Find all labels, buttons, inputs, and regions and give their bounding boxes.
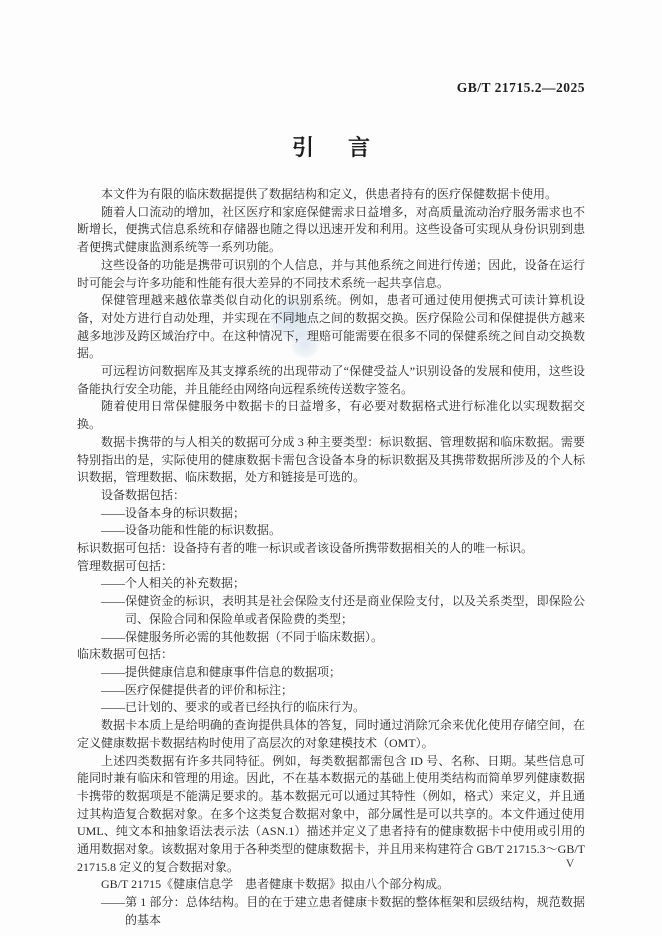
paragraph: ——已计划的、要求的或者已经执行的临床行为。 [77,699,585,717]
paragraph: 这些设备的功能是携带可识别的个人信息，并与其他系统之间进行传递；因此，设备在运行… [77,257,585,292]
paragraph: 临床数据可包括： [77,646,585,664]
paragraph: 数据卡本质上是给明确的查询提供具体的答复，同时通过消除冗余来优化使用存储空间，在… [77,717,585,752]
paragraph: 本文件为有限的临床数据提供了数据结构和定义，供患者持有的医疗保健数据卡使用。 [77,186,585,204]
standard-number: GB/T 21715.2—2025 [457,80,585,96]
body-text: 本文件为有限的临床数据提供了数据结构和定义，供患者持有的医疗保健数据卡使用。随着… [77,186,585,930]
paragraph: ——设备功能和性能的标识数据。 [77,522,585,540]
title-char-left: 引 [292,131,314,162]
page-title: 引 言 [0,131,662,162]
title-char-right: 言 [348,131,370,162]
paragraph: ——设备本身的标识数据； [77,505,585,523]
paragraph: ——个人相关的补充数据； [77,575,585,593]
paragraph: ——提供健康信息和健康事件信息的数据项； [77,664,585,682]
paragraph: ——保健资金的标识，表明其是社会保险支付还是商业保险支付，以及关系类型，即保险公… [77,593,585,628]
paragraph: 保健管理越来越依靠类似自动化的识别系统。例如，患者可通过使用便携式可读计算机设备… [77,292,585,363]
paragraph: GB/T 21715《健康信息学 患者健康卡数据》拟由八个部分构成。 [77,876,585,894]
paragraph: 随着人口流动的增加，社区医疗和家庭保健需求日益增多，对高质量流动治疗服务需求也不… [77,204,585,257]
paragraph: ——第 1 部分：总体结构。目的在于建立患者健康卡数据的整体框架和层级结构，规范… [77,894,585,929]
paragraph: 可远程访问数据库及其支撑系统的出现带动了“保健受益人”识别设备的发展和使用，这些… [77,363,585,398]
paragraph: 管理数据可包括： [77,558,585,576]
paragraph: ——保健服务所必需的其他数据（不同于临床数据）。 [77,629,585,647]
paragraph: ——医疗保健提供者的评价和标注； [77,682,585,700]
paragraph: 数据卡携带的与人相关的数据可分成 3 种主要类型：标识数据、管理数据和临床数据。… [77,434,585,487]
document-page: GB/T 21715.2—2025 引 言 本文件为有限的临床数据提供了数据结构… [0,0,662,936]
paragraph: 设备数据包括： [77,487,585,505]
paragraph: 随着使用日常保健服务中数据卡的日益增多，有必要对数据格式进行标准化以实现数据交换… [77,398,585,433]
paragraph: 标识数据可包括：设备持有者的唯一标识或者该设备所携带数据相关的人的唯一标识。 [77,540,585,558]
page-number: V [560,858,580,870]
paragraph: 上述四类数据有许多共同特征。例如，每类数据都需包含 ID 号、名称、日期。某些信… [77,753,585,877]
